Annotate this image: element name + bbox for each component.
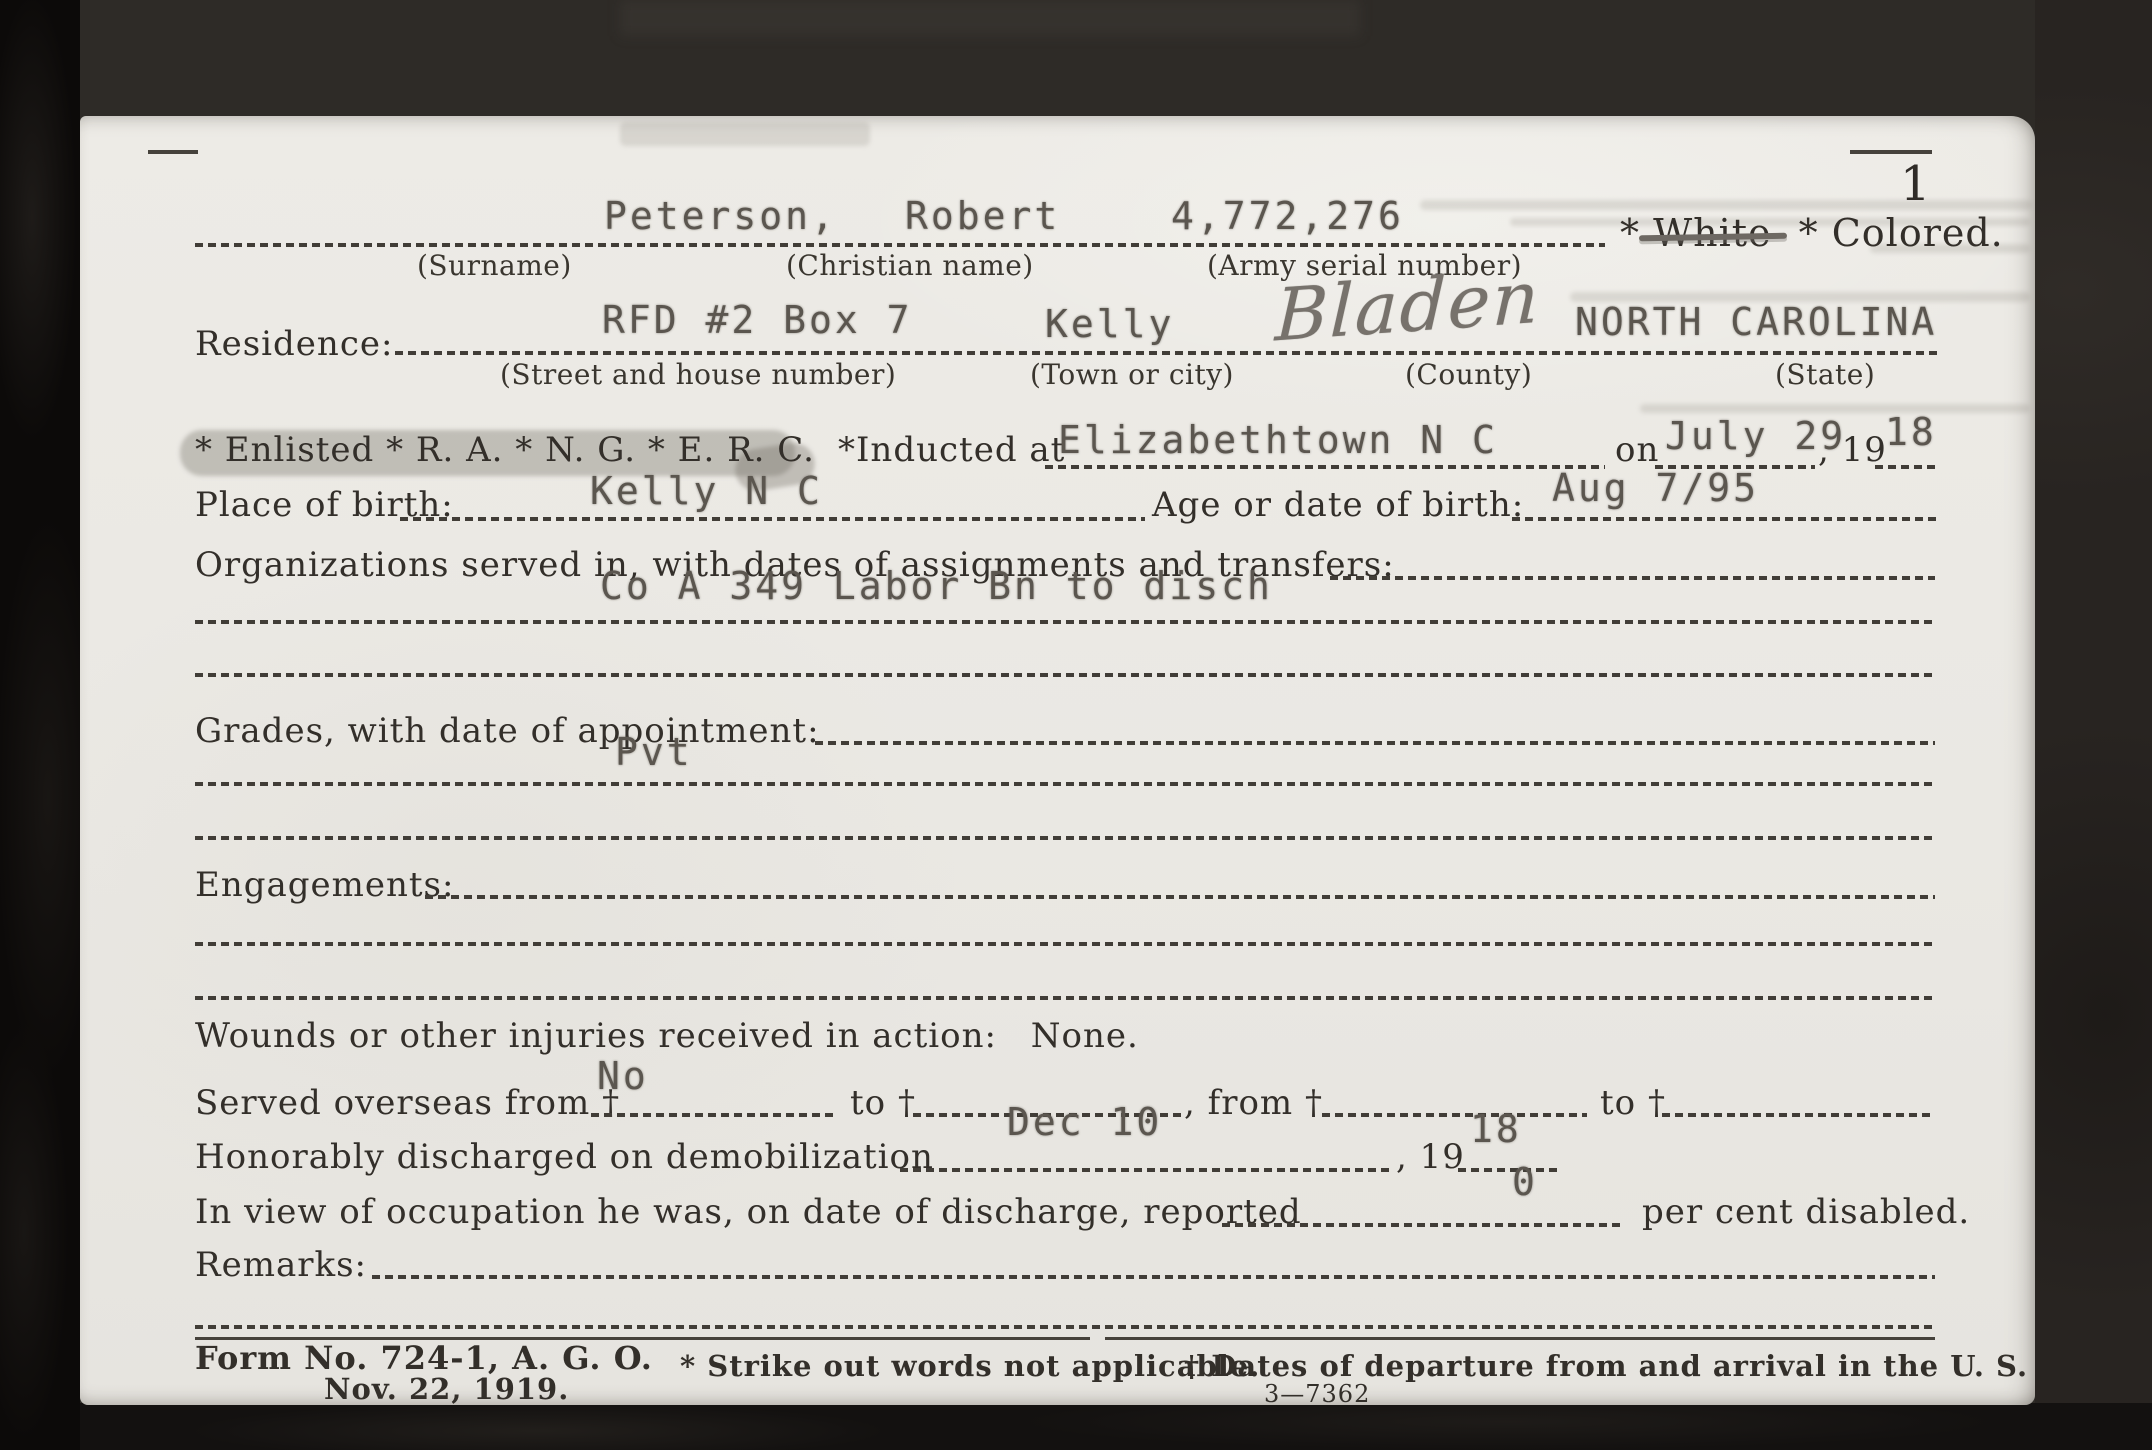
state-label: (State) <box>1775 358 1875 391</box>
town-label: (Town or city) <box>1030 358 1234 391</box>
residence-street-value: RFD #2 Box 7 <box>602 298 913 342</box>
on-label: on <box>1615 430 1659 470</box>
footer-dashed-rule <box>195 1325 1935 1329</box>
organizations-rule-1 <box>1330 576 1935 580</box>
serial-number-value: 4,772,276 <box>1171 194 1404 238</box>
birth-age-label: Age or date of birth: <box>1152 485 1524 525</box>
residence-state-value: NORTH CAROLINA <box>1575 300 1937 344</box>
discharge-rule-1 <box>900 1168 1390 1172</box>
grades-rule-1 <box>815 741 1935 745</box>
birth-age-value: Aug 7/95 <box>1552 466 1759 510</box>
form-date: Nov. 22, 1919. <box>324 1372 569 1406</box>
residence-label: Residence: <box>195 324 393 364</box>
grades-label: Grades, with date of appointment: <box>195 711 820 751</box>
engagements-label: Engagements: <box>195 865 454 905</box>
page-number-rule <box>1850 150 1932 154</box>
page-number: 1 <box>1900 156 1931 212</box>
overseas-from-value: No <box>597 1054 649 1098</box>
discharge-year-value: 18 <box>1470 1107 1522 1151</box>
street-label: (Street and house number) <box>500 358 896 391</box>
discharge-year-prefix: , 19 <box>1396 1137 1465 1177</box>
wounds-row: Wounds or other injuries received in act… <box>195 1016 1139 1056</box>
overseas-rule-3 <box>1322 1113 1587 1117</box>
race-option-white: White <box>1653 211 1771 255</box>
organizations-rule-3 <box>195 673 1935 677</box>
induction-year-value: 18 <box>1885 410 1937 454</box>
wounds-value: None. <box>1031 1016 1139 1056</box>
christian-name-label: (Christian name) <box>786 249 1034 282</box>
grades-value: Pvt <box>615 730 693 774</box>
ghost-streak <box>1640 404 2030 413</box>
residence-county-value: Bladen <box>1274 255 1542 358</box>
engagements-rule-1 <box>425 895 1935 899</box>
surname-value: Peterson, <box>604 194 837 238</box>
grades-rule-2 <box>195 782 1935 786</box>
remarks-rule <box>372 1275 1935 1279</box>
scanned-record-page: 1 Peterson, Robert 4,772,276 * White * C… <box>0 0 2152 1450</box>
christian-name-value: Robert <box>905 194 1060 238</box>
strike-note: * Strike out words not applicable. <box>680 1349 1260 1383</box>
enlistment-options: * Enlisted * R. A. * N. G. * E. R. C. <box>195 430 815 470</box>
discharge-date-value: Dec 10 <box>1007 1100 1162 1144</box>
ghost-streak <box>1420 200 2032 210</box>
dagger-note: † Dates of departure from and arrival in… <box>1184 1349 2028 1383</box>
scanner-background-bottom <box>0 1403 2152 1450</box>
overseas-from-label: Served overseas from † <box>195 1083 620 1123</box>
overseas-from2-label: , from † <box>1184 1083 1323 1123</box>
top-left-tick-rule <box>148 150 198 154</box>
discharge-rule-2 <box>1458 1168 1560 1172</box>
overseas-rule-4 <box>1662 1113 1935 1117</box>
engagements-rule-3 <box>195 996 1935 1000</box>
print-code: 3—7362 <box>1264 1380 1370 1408</box>
race-star: * <box>1620 211 1640 255</box>
organizations-rule-2 <box>195 620 1935 624</box>
overseas-to-label: to † <box>850 1083 916 1123</box>
disability-rule <box>1222 1223 1622 1227</box>
disability-value: 0 <box>1512 1160 1538 1204</box>
race-option-colored: * Colored. <box>1799 211 2004 255</box>
disability-suffix: per cent disabled. <box>1642 1192 1970 1232</box>
overseas-rule-1 <box>591 1113 837 1117</box>
birth-place-value: Kelly N C <box>590 469 823 513</box>
inducted-place-value: Elizabethtown N C <box>1058 418 1498 462</box>
race-options: * White * Colored. <box>1620 211 2004 255</box>
overseas-to2-label: to † <box>1600 1083 1666 1123</box>
discharge-label: Honorably discharged on demobilization <box>195 1137 934 1177</box>
scanner-background-top-highlight <box>620 0 1360 36</box>
scanner-background-left <box>0 0 80 1450</box>
disability-label: In view of occupation he was, on date of… <box>195 1192 1302 1232</box>
grades-rule-3 <box>195 836 1935 840</box>
county-label: (County) <box>1405 358 1532 391</box>
ghost-smudge <box>620 122 870 146</box>
birth-age-rule <box>1512 517 1936 521</box>
inducted-at-label: *Inducted at <box>838 430 1065 470</box>
surname-label: (Surname) <box>417 249 572 282</box>
year-19-prefix: , 19 <box>1818 430 1887 470</box>
inducted-place-rule <box>1045 465 1605 469</box>
residence-rule <box>395 351 1940 355</box>
residence-town-value: Kelly <box>1045 302 1174 346</box>
footer-solid-rule-right <box>1105 1337 1935 1340</box>
engagements-rule-2 <box>195 942 1935 946</box>
organizations-value: Co A 349 Labor Bn to disch <box>600 564 1273 608</box>
name-row-rule <box>195 243 1605 247</box>
birth-place-rule <box>400 517 1145 521</box>
wounds-label: Wounds or other injuries received in act… <box>195 1016 997 1056</box>
service-record-card: 1 Peterson, Robert 4,772,276 * White * C… <box>80 116 2035 1405</box>
scanner-background-right <box>2035 0 2152 1450</box>
remarks-label: Remarks: <box>195 1245 367 1285</box>
induction-year-rule <box>1875 465 1937 469</box>
